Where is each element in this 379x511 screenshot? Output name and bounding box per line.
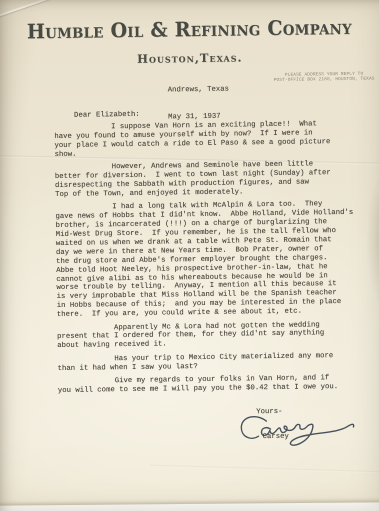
salutation: Dear Elizabeth: <box>74 111 140 121</box>
handwritten-signature <box>236 410 362 452</box>
letter-body: I suppose Van Horn is an exciting place!… <box>54 120 378 401</box>
letterhead-city-line: Houston,Texas. <box>0 49 379 67</box>
paragraph-1: I suppose Van Horn is an exciting place!… <box>54 120 374 160</box>
letterhead-company-name: Humble Oil & Refining Company <box>9 16 369 43</box>
paragraph-2: However, Andrews and Seminole have been … <box>55 160 375 200</box>
letter-page: Humble Oil & Refining Company Houston,Te… <box>0 0 379 511</box>
reply-note-line2: POST-OFFICE BOX 2180, HOUSTON, TEXAS <box>274 77 375 84</box>
paragraph-5: Has your trip to Mexico City materialize… <box>57 351 377 373</box>
paragraph-3: I had a long talk with McAlpin & Lora to… <box>55 200 377 320</box>
typed-signature-name: Carsey <box>262 433 288 442</box>
paragraph-4: Apparently Mc & Lora had not gotten the … <box>57 320 377 351</box>
dateline-place: Andrews, Texas <box>168 85 229 95</box>
dateline-date: May 31, 1937 <box>168 112 229 122</box>
letter-content: Humble Oil & Refining Company Houston,Te… <box>0 0 379 511</box>
reply-address-note: PLEASE ADDRESS YOUR REPLY TO POST-OFFICE… <box>274 72 375 84</box>
paragraph-6: Give my regards to your folks in Van Hor… <box>58 374 378 396</box>
